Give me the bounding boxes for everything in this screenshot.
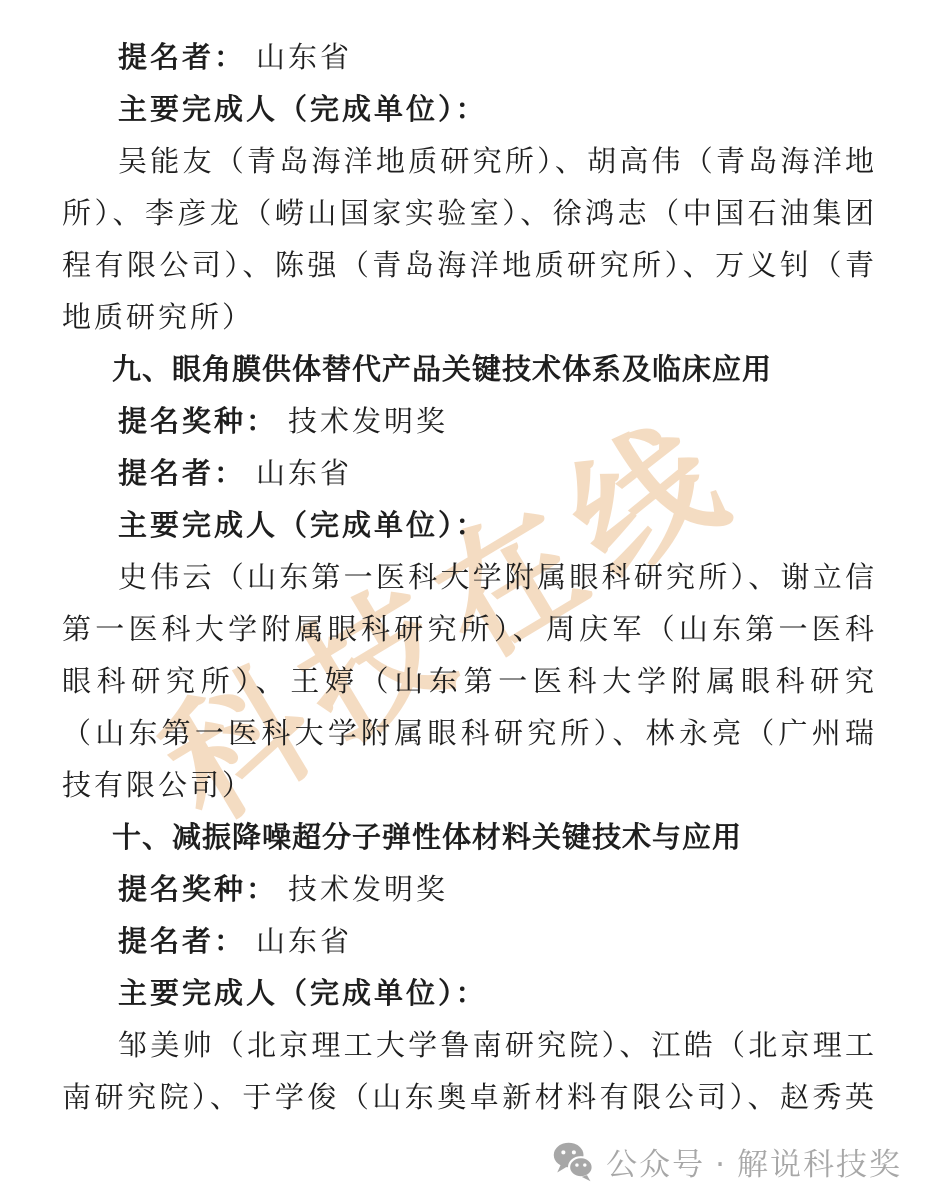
- field-value: 山东省: [256, 924, 352, 958]
- wechat-separator: ·: [715, 1147, 727, 1183]
- wechat-badge-text: 公众号·解说科技奖: [606, 1139, 902, 1184]
- field-label: 主要完成人（完成单位）：: [118, 976, 488, 1010]
- body-line: （山东第一医科大学附属眼科研究所）、林永亮（广州瑞泰生物科: [62, 707, 877, 759]
- field-value: 山东省: [256, 40, 352, 74]
- body-line: 眼科研究所）、王婷（山东第一医科大学附属眼科研究所）、高华: [62, 655, 877, 707]
- body-line: 吴能友（青岛海洋地质研究所）、胡高伟（青岛海洋地质研究: [62, 135, 877, 187]
- section-heading-9: 九、眼角膜供体替代产品关键技术体系及临床应用: [62, 343, 877, 395]
- wechat-icon: [552, 1141, 594, 1183]
- field-value: 技术发明奖: [288, 872, 448, 906]
- field-completers-header: 主要完成人（完成单位）：: [62, 83, 877, 135]
- body-line: 所）、李彦龙（崂山国家实验室）、徐鸿志（中国石油集团海洋工: [62, 187, 877, 239]
- field-award-type: 提名奖种：技术发明奖: [62, 863, 877, 915]
- field-nominator: 提名者：山东省: [62, 31, 877, 83]
- field-completers-header: 主要完成人（完成单位）：: [62, 499, 877, 551]
- body-line: 地质研究所）: [62, 291, 877, 343]
- wechat-platform-label: 公众号: [606, 1147, 705, 1183]
- field-label: 主要完成人（完成单位）：: [118, 508, 488, 542]
- field-label: 提名者：: [118, 924, 246, 958]
- field-label: 提名奖种：: [118, 872, 278, 906]
- field-nominator: 提名者：山东省: [62, 915, 877, 967]
- body-line: 程有限公司）、陈强（青岛海洋地质研究所）、万义钊（青岛海洋: [62, 239, 877, 291]
- wechat-watermark-badge: 公众号·解说科技奖: [552, 1139, 902, 1184]
- field-label: 提名者：: [118, 40, 246, 74]
- document-page: 科技在线 提名者：山东省 主要完成人（完成单位）： 吴能友（青岛海洋地质研究所）…: [0, 0, 928, 1200]
- wechat-account-name: 解说科技奖: [737, 1147, 902, 1183]
- body-line: 史伟云（山东第一医科大学附属眼科研究所）、谢立信（山东: [62, 551, 877, 603]
- section-heading-10: 十、减振降噪超分子弹性体材料关键技术与应用: [62, 811, 877, 863]
- field-value: 山东省: [256, 456, 352, 490]
- field-value: 技术发明奖: [288, 404, 448, 438]
- body-line: 技有限公司）: [62, 759, 877, 811]
- body-line: 邹美帅（北京理工大学鲁南研究院）、江皓（北京理工大学鲁: [62, 1019, 877, 1071]
- field-nominator: 提名者：山东省: [62, 447, 877, 499]
- field-award-type: 提名奖种：技术发明奖: [62, 395, 877, 447]
- field-label: 提名奖种：: [118, 404, 278, 438]
- field-label: 主要完成人（完成单位）：: [118, 92, 488, 126]
- body-line: 第一医科大学附属眼科研究所）、周庆军（山东第一医科大学附属: [62, 603, 877, 655]
- document-body: 提名者：山东省 主要完成人（完成单位）： 吴能友（青岛海洋地质研究所）、胡高伟（…: [62, 31, 877, 1123]
- field-label: 提名者：: [118, 456, 246, 490]
- body-line: 南研究院）、于学俊（山东奥卓新材料有限公司）、赵秀英（北京: [62, 1071, 877, 1123]
- field-completers-header: 主要完成人（完成单位）：: [62, 967, 877, 1019]
